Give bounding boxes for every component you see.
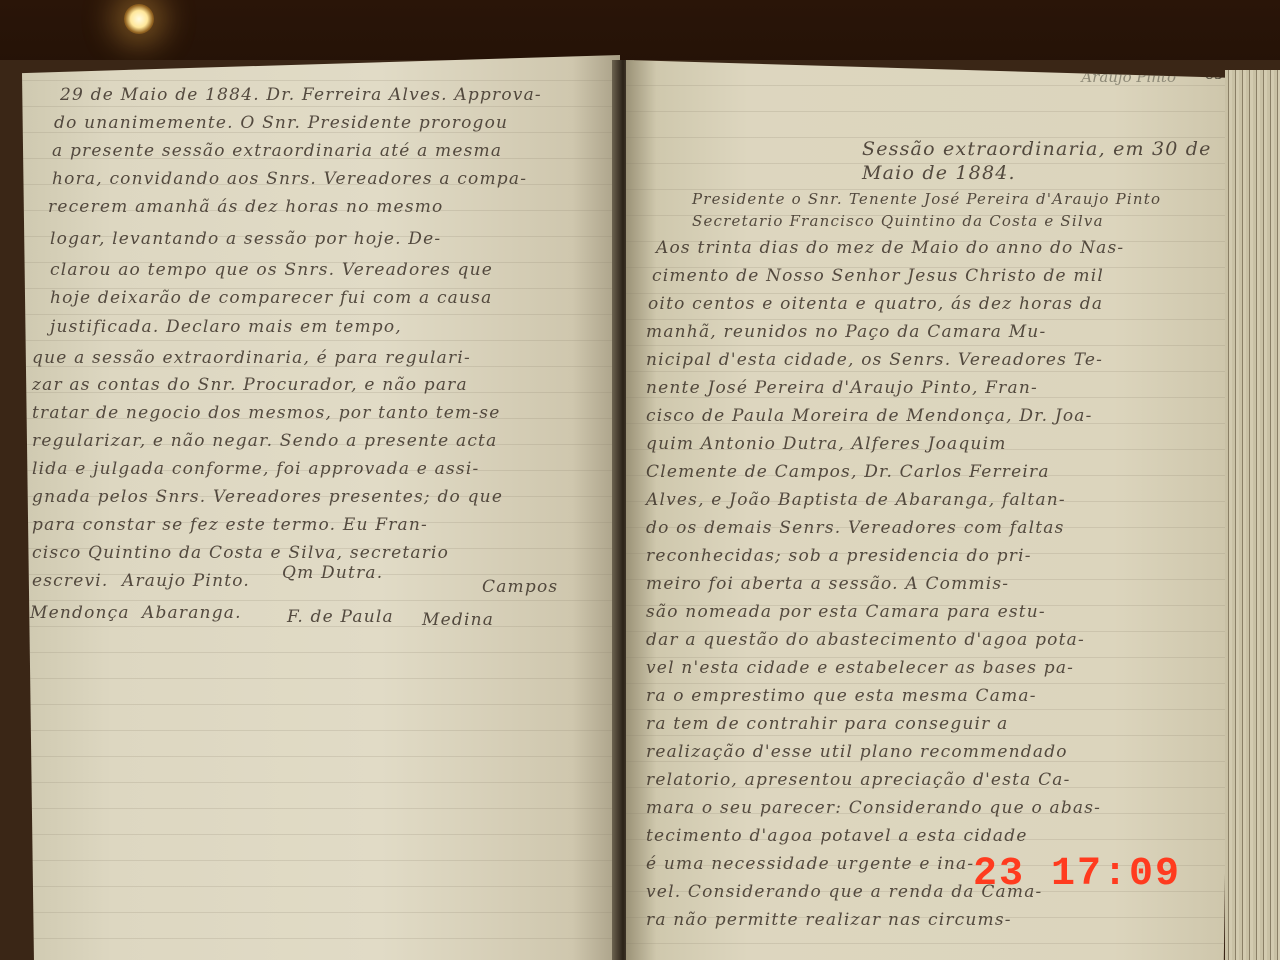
- signature: Araujo Pinto.: [122, 571, 250, 591]
- text-line: relatorio, apresentou apreciação d'esta …: [646, 770, 1071, 790]
- signature: F. de Paula: [287, 607, 394, 627]
- text-line: nente José Pereira d'Araujo Pinto, Fran-: [646, 378, 1038, 398]
- text-line: lida e julgada conforme, foi approvada e…: [32, 459, 479, 479]
- text-line: do os demais Senrs. Vereadores com falta…: [646, 518, 1065, 538]
- text-line: logar, levantando a sessão por hoje. De-: [50, 229, 441, 249]
- text-line: tratar de negocio dos mesmos, por tanto …: [32, 403, 500, 423]
- left-page: 29 de Maio de 1884. Dr. Ferreira Alves. …: [22, 55, 620, 960]
- text-line: ra o emprestimo que esta mesma Cama-: [646, 686, 1037, 706]
- text-line: recerem amanhã ás dez horas no mesmo: [48, 197, 444, 217]
- signature: Medina: [422, 610, 494, 630]
- text-line: cimento de Nosso Senhor Jesus Christo de…: [652, 266, 1104, 286]
- text-line: nicipal d'esta cidade, os Senrs. Vereado…: [646, 350, 1103, 370]
- lamp-light: [124, 4, 154, 34]
- text-line: 29 de Maio de 1884. Dr. Ferreira Alves. …: [60, 85, 542, 105]
- text-line: Clemente de Campos, Dr. Carlos Ferreira: [646, 462, 1050, 482]
- right-page: Araujo Pinto 69 Sessão extraordinaria, e…: [626, 60, 1236, 960]
- secretary-line: Secretario Francisco Quintino da Costa e…: [692, 212, 1104, 230]
- text-line: cisco de Paula Moreira de Mendonça, Dr. …: [646, 406, 1093, 426]
- text-line: mara o seu parecer: Considerando que o a…: [646, 798, 1101, 818]
- text-line: realização d'esse util plano recommendad…: [646, 742, 1068, 762]
- text-line: hora, convidando aos Snrs. Vereadores a …: [52, 169, 527, 189]
- signature: Campos: [482, 577, 558, 597]
- text-line: Aos trinta dias do mez de Maio do anno d…: [656, 238, 1124, 258]
- text-line: ra tem de contrahir para conseguir a: [646, 714, 1008, 734]
- text-line: do unanimemente. O Snr. Presidente proro…: [54, 113, 508, 133]
- text-line: zar as contas do Snr. Procurador, e não …: [32, 375, 468, 395]
- page-stack-edge: [1225, 70, 1280, 960]
- text-line: meiro foi aberta a sessão. A Commis-: [646, 574, 1009, 594]
- text-line: vel n'esta cidade e estabelecer as bases…: [646, 658, 1074, 678]
- text-line: justificada. Declaro mais em tempo,: [50, 317, 402, 337]
- text-line: gnada pelos Snrs. Vereadores presentes; …: [32, 487, 503, 507]
- text-line: são nomeada por esta Camara para estu-: [646, 602, 1046, 622]
- text-line: ra não permitte realizar nas circums-: [646, 910, 1012, 930]
- text-line: hoje deixarão de comparecer fui com a ca…: [50, 288, 492, 308]
- text-line: clarou ao tempo que os Snrs. Vereadores …: [50, 260, 493, 280]
- text-line: reconhecidas; sob a presidencia do pri-: [646, 546, 1032, 566]
- signature: Abaranga.: [142, 603, 242, 623]
- session-heading: Sessão extraordinaria, em 30 de: [862, 138, 1212, 160]
- text-line: oito centos e oitenta e quatro, ás dez h…: [648, 294, 1103, 314]
- text-line: Alves, e João Baptista de Abaranga, falt…: [646, 490, 1066, 510]
- text-line: dar a questão do abastecimento d'agoa po…: [646, 630, 1085, 650]
- text-line: quim Antonio Dutra, Alferes Joaquim: [646, 434, 1007, 454]
- session-date: Maio de 1884.: [862, 162, 1016, 184]
- text-line: é uma necessidade urgente e ina-: [646, 854, 974, 874]
- text-line: a presente sessão extraordinaria até a m…: [52, 141, 502, 161]
- text-line: regularizar, e não negar. Sendo a presen…: [32, 431, 497, 451]
- text-line: tecimento d'agoa potavel a esta cidade: [646, 826, 1028, 846]
- ruled-lines: [22, 55, 620, 960]
- text-line: manhã, reunidos no Paço da Camara Mu-: [646, 322, 1046, 342]
- text-line: escrevi.: [32, 571, 109, 591]
- signature: Qm Dutra.: [282, 563, 383, 583]
- text-line: cisco Quintino da Costa e Silva, secreta…: [32, 543, 449, 563]
- signature: Mendonça: [30, 603, 130, 623]
- text-line: para constar se fez este termo. Eu Fran-: [32, 515, 428, 535]
- camera-timestamp: 23 17:09: [973, 852, 1181, 897]
- text-line: que a sessão extraordinaria, é para regu…: [32, 348, 471, 368]
- president-line: Presidente o Snr. Tenente José Pereira d…: [692, 190, 1161, 208]
